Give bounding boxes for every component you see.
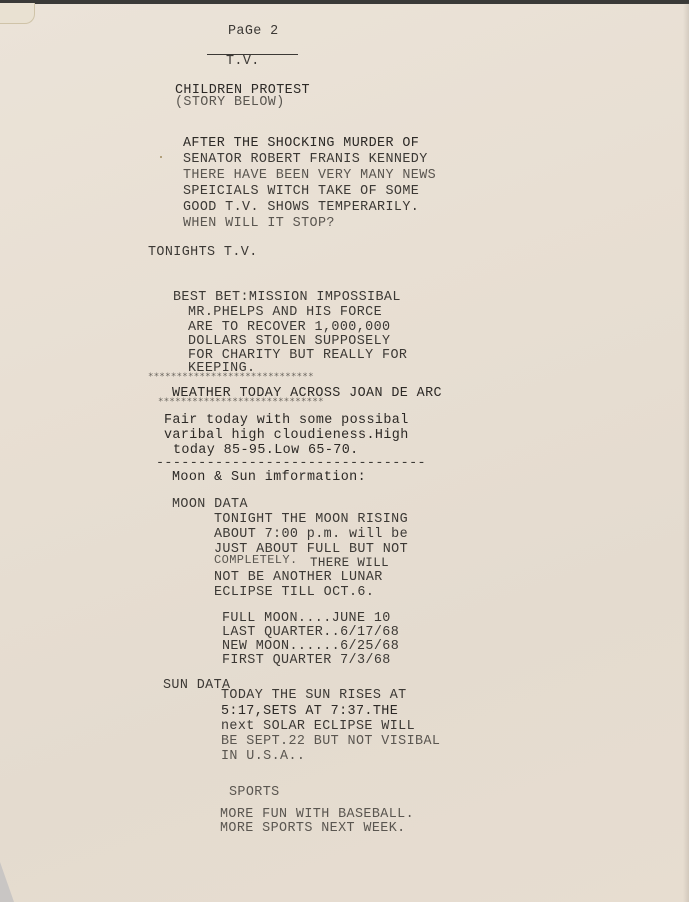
sun-line: next SOLAR ECLIPSE WILL	[221, 719, 415, 734]
sun-line: 5:17,SETS AT 7:37.THE	[221, 704, 398, 719]
phase-line: LAST QUARTER..6/17/68	[222, 625, 399, 640]
moon-line: COMPLETELY.	[214, 553, 298, 568]
sports-line: MORE SPORTS NEXT WEEK.	[220, 821, 406, 836]
moon-line: TONIGHT THE MOON RISING	[214, 512, 408, 527]
story-line: SPEICIALS WITCH TAKE OF SOME	[183, 184, 419, 199]
phase-line: FIRST QUARTER 7/3/68	[222, 653, 391, 668]
ink-speck	[160, 156, 162, 158]
moon-line: THERE WILL	[310, 556, 389, 571]
tonight-line: MR.PHELPS AND HIS FORCE	[188, 305, 382, 320]
moon-heading: MOON DATA	[172, 497, 248, 512]
section-title: T.V.	[226, 54, 260, 69]
moon-line: ECLIPSE TILL OCT.6.	[214, 585, 374, 600]
sun-line: TODAY THE SUN RISES AT	[221, 688, 407, 703]
moon-line: ABOUT 7:00 p.m. will be	[214, 527, 408, 542]
story-line: AFTER THE SHOCKING MURDER OF	[183, 136, 419, 151]
tonight-line: ARE TO RECOVER 1,000,000	[188, 320, 390, 335]
sun-line: IN U.S.A..	[221, 749, 305, 764]
sun-line: BE SEPT.22 BUT NOT VISIBAL	[221, 734, 440, 749]
star-divider: *****************************	[148, 373, 314, 382]
sports-line: MORE FUN WITH BASEBALL.	[220, 807, 414, 822]
star-divider: *****************************	[158, 398, 324, 407]
story-line: THERE HAVE BEEN VERY MANY NEWS	[183, 168, 436, 183]
phase-line: FULL MOON....JUNE 10	[222, 611, 391, 626]
story-line: SENATOR ROBERT FRANIS KENNEDY	[183, 152, 428, 167]
page-number: PaGe 2	[228, 24, 279, 39]
headline-sub: (STORY BELOW)	[175, 95, 285, 110]
scan-top-edge	[0, 0, 689, 4]
tonight-heading: TONIGHTS T.V.	[148, 245, 258, 260]
tonight-line: DOLLARS STOLEN SUPPOSELY	[188, 334, 390, 349]
folded-corner	[0, 3, 35, 24]
page-edge-shadow	[683, 3, 689, 902]
moon-sun-heading: Moon & Sun imformation:	[172, 470, 366, 485]
story-line: GOOD T.V. SHOWS TEMPERARILY.	[183, 200, 419, 215]
tonight-line: BEST BET:MISSION IMPOSSIBAL	[173, 290, 401, 305]
scan-corner	[0, 862, 14, 902]
phase-line: NEW MOON......6/25/68	[222, 639, 399, 654]
sports-heading: SPORTS	[229, 785, 280, 800]
weather-line: Fair today with some possibal	[164, 413, 409, 428]
moon-line: NOT BE ANOTHER LUNAR	[214, 570, 383, 585]
dash-divider: --------------------------------	[156, 457, 426, 470]
weather-line: varibal high cloudieness.High	[164, 428, 409, 443]
story-line: WHEN WILL IT STOP?	[183, 216, 335, 231]
